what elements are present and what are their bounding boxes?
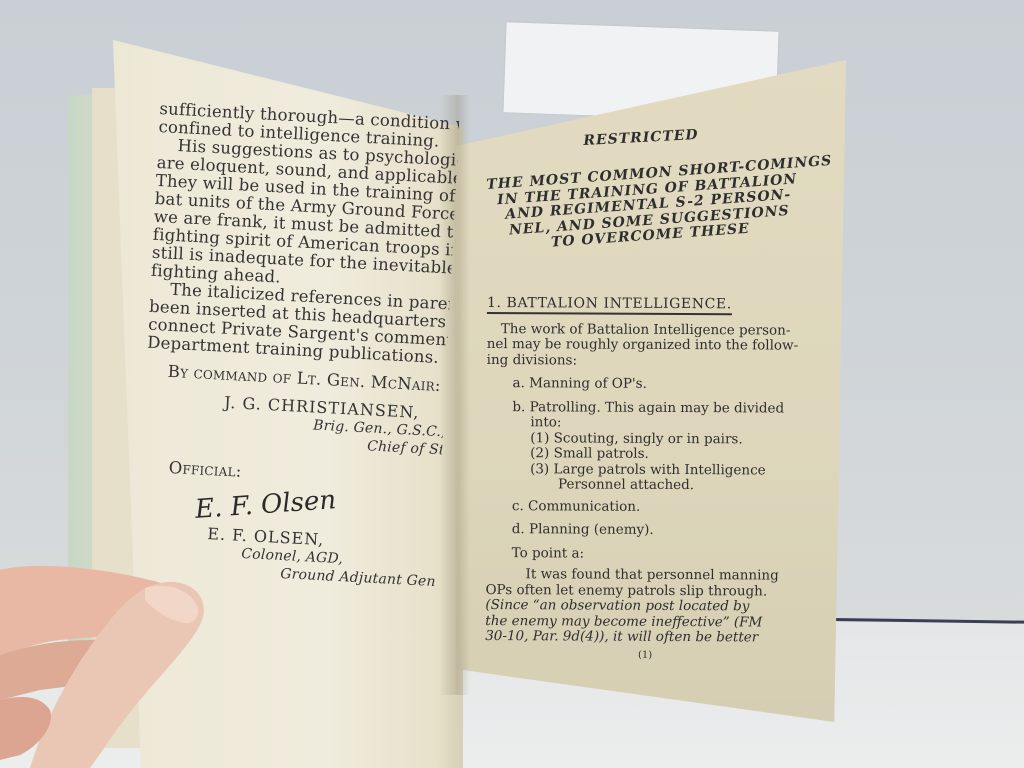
patrol-label: (2) bbox=[530, 445, 549, 461]
division-item: a. Manning of OP's. bbox=[486, 376, 806, 393]
to-point-label: To point a: bbox=[486, 545, 806, 562]
patrol-text: Large patrols with Intelligence bbox=[553, 461, 765, 478]
patrol-text: Scouting, singly or in pairs. bbox=[554, 430, 743, 447]
patrol-text-cont: Personnel attached. bbox=[486, 477, 806, 494]
division-text: Communication. bbox=[528, 498, 640, 515]
patrol-label: (1) bbox=[530, 430, 549, 446]
hand-holding-book bbox=[0, 560, 215, 768]
division-label: d. bbox=[512, 521, 525, 537]
patrol-text: Small patrols. bbox=[554, 445, 649, 461]
division-text: Patrolling. This again may be divided bbox=[530, 399, 785, 416]
division-text: Planning (enemy). bbox=[529, 521, 654, 538]
division-text: Manning of OP's. bbox=[529, 375, 647, 392]
page-number: (1) bbox=[485, 646, 805, 663]
division-label: b. bbox=[512, 399, 525, 415]
section-heading: 1. BATTALION INTELLIGENCE. bbox=[487, 296, 807, 313]
division-item: d. Planning (enemy). bbox=[486, 522, 806, 539]
patrol-label: (3) bbox=[530, 461, 549, 477]
text-line: ing divisions: bbox=[487, 352, 807, 369]
division-item: c. Communication. bbox=[486, 498, 806, 515]
division-label: a. bbox=[513, 375, 525, 391]
division-label: c. bbox=[512, 498, 524, 514]
section-body: 1. BATTALION INTELLIGENCE. The work of B… bbox=[485, 296, 807, 664]
text-line: 30-10, Par. 9d(4)), it will often be bet… bbox=[485, 629, 805, 646]
